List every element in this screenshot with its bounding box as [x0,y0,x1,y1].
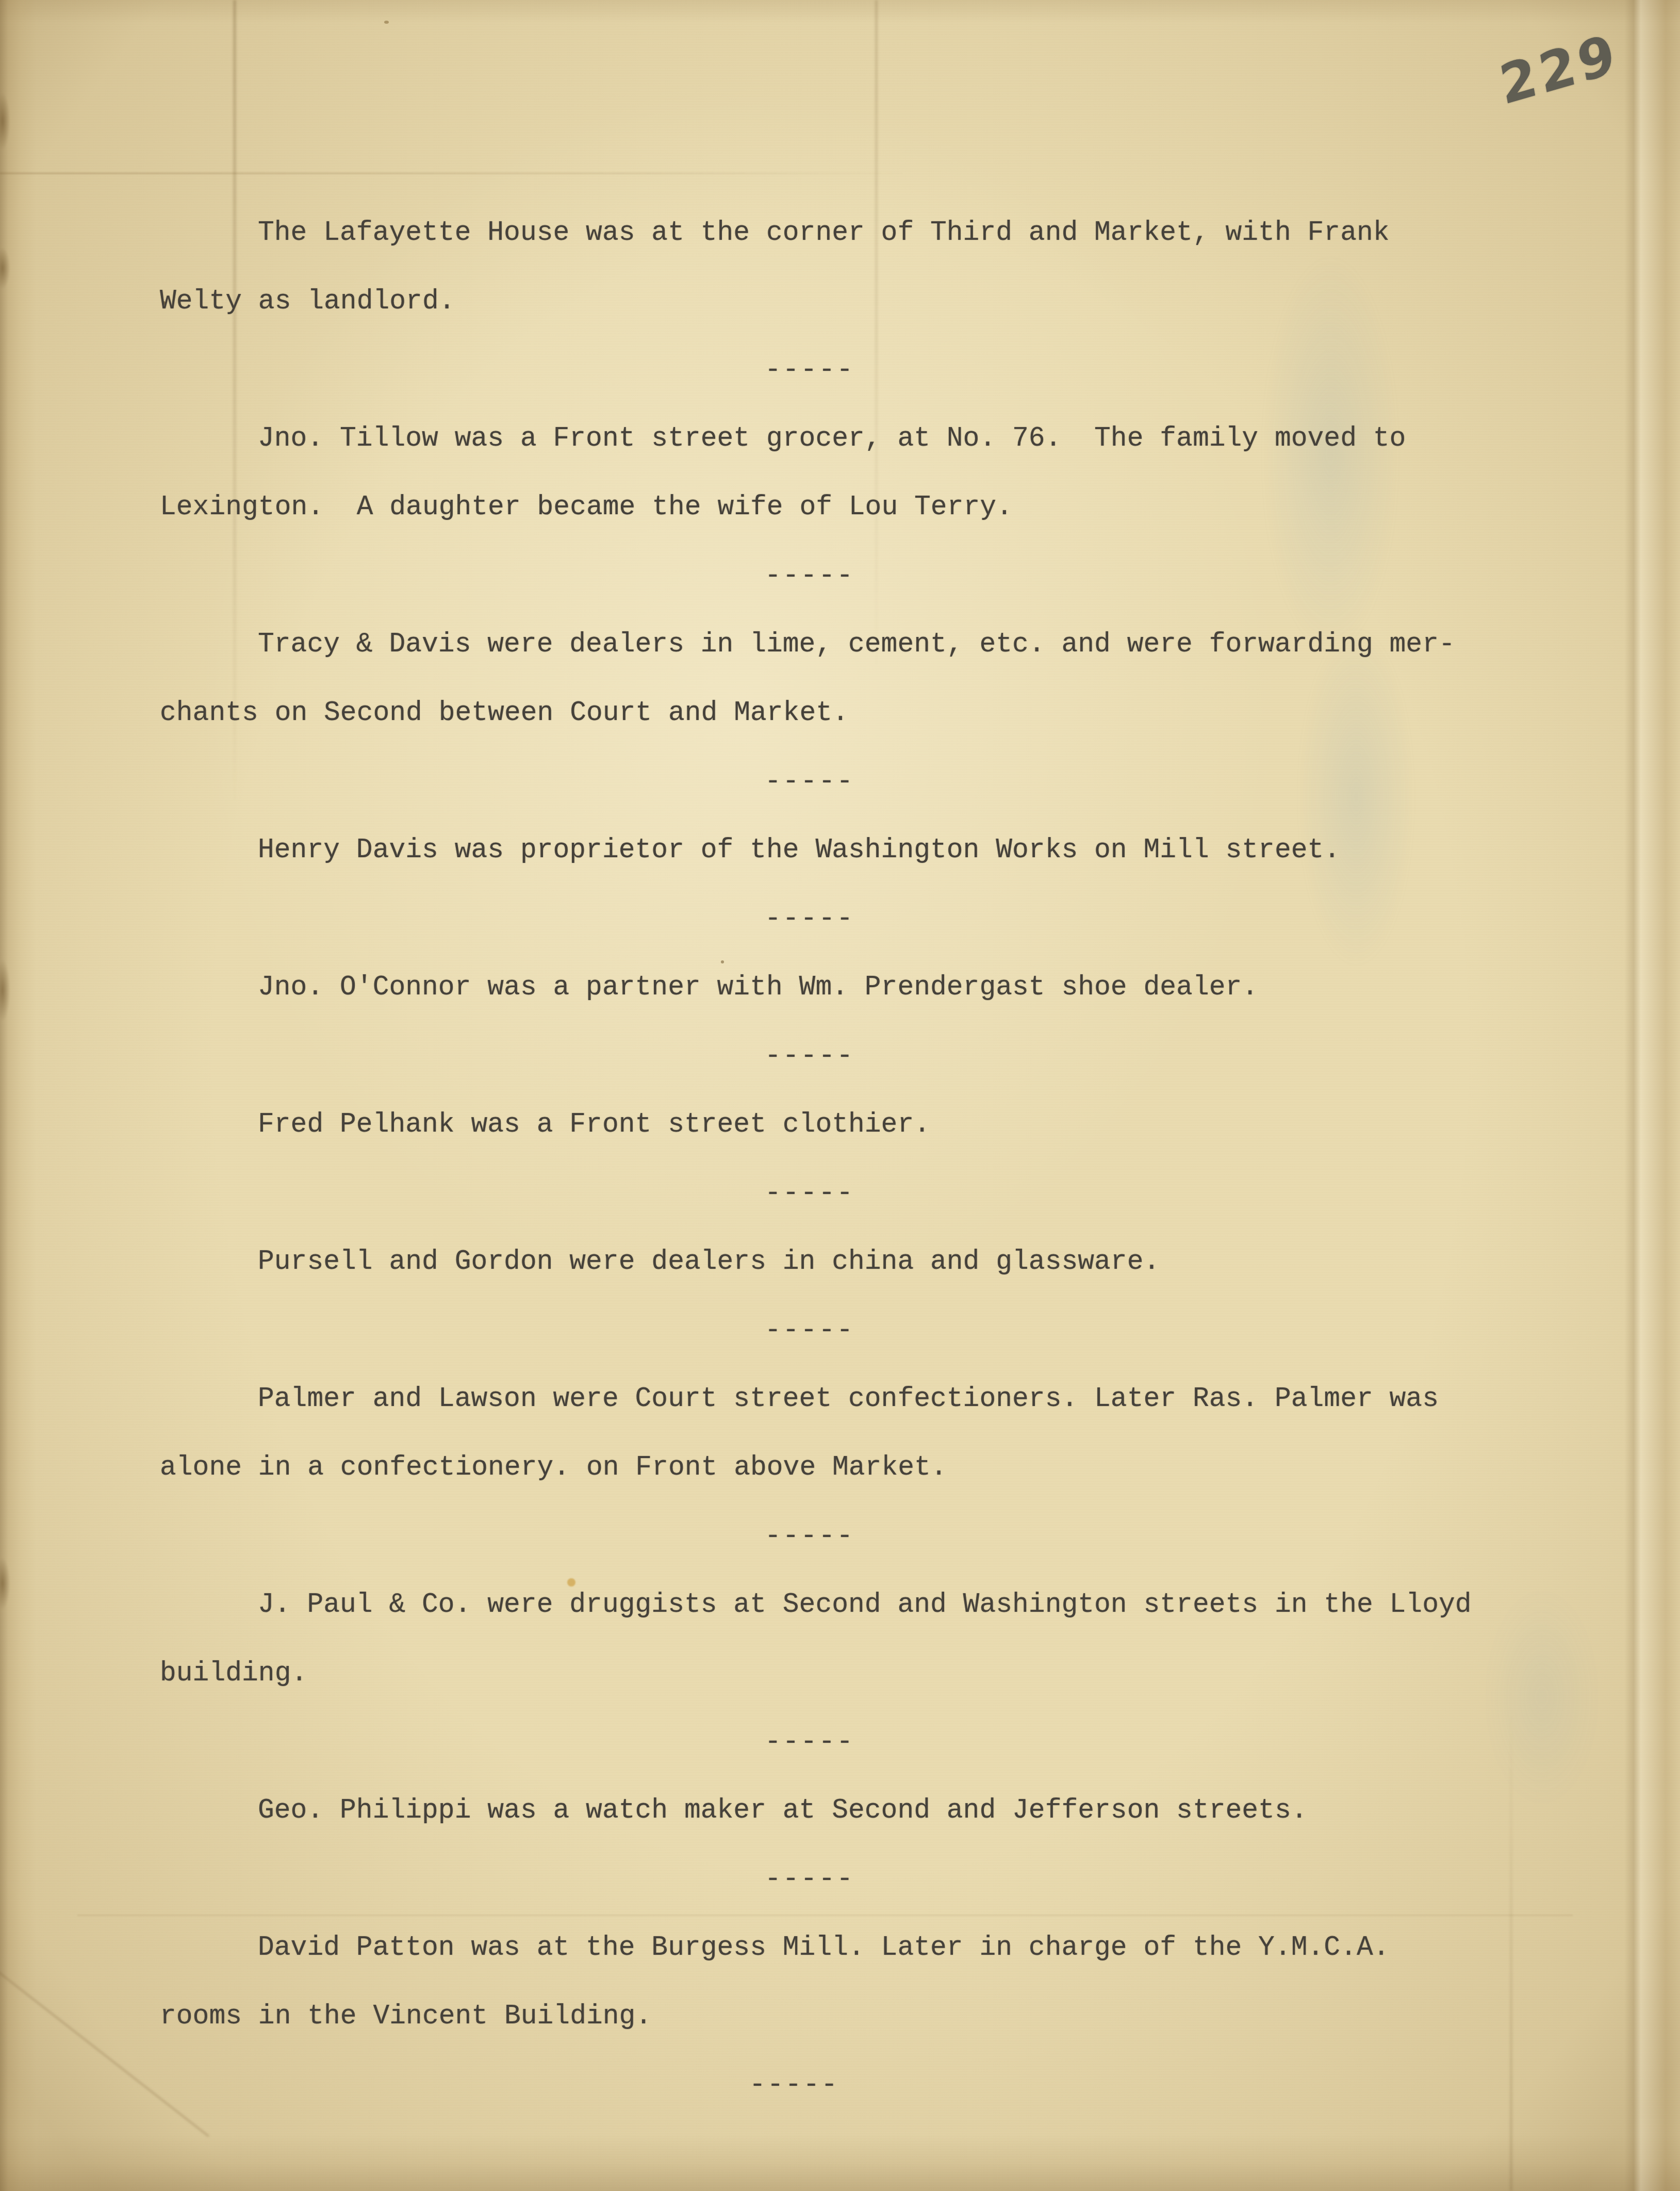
paragraph-line: Jno. Tillow was a Front street grocer, a… [160,404,1459,473]
paragraph-line: Palmer and Lawson were Court street conf… [160,1365,1459,1433]
paragraph-tracy-davis: Tracy & Davis were dealers in lime, ceme… [160,610,1459,747]
paragraph-line: The Lafayette House was at the corner of… [160,199,1459,267]
paper-crease-vertical-bottom-right [1510,1712,1512,2191]
separator-dashes: ----- [160,1159,1459,1228]
paragraph-oconnor-prendergast: Jno. O'Connor was a partner with Wm. Pre… [160,953,1459,1022]
paragraph-line: J. Paul & Co. were druggists at Second a… [160,1571,1459,1639]
paragraph-lafayette-house: The Lafayette House was at the corner of… [160,199,1459,336]
paragraph-line: Henry Davis was proprietor of the Washin… [160,816,1459,885]
separator-dashes: ----- [144,2051,1444,2119]
separator-dashes: ----- [160,1845,1459,1914]
paragraph-line: alone in a confectionery. on Front above… [160,1433,1459,1502]
paragraph-line: David Patton was at the Burgess Mill. La… [160,1914,1459,1982]
paragraph-line: building. [160,1639,1459,1708]
paper-tear-notch [0,959,10,1021]
paragraph-david-patton: David Patton was at the Burgess Mill. La… [160,1914,1459,2051]
paragraph-tillow-grocer: Jno. Tillow was a Front street grocer, a… [160,404,1459,542]
typed-text-column: The Lafayette House was at the corner of… [160,199,1459,2119]
paragraph-line: Jno. O'Connor was a partner with Wm. Pre… [160,953,1459,1022]
document-page: 229 The Lafayette House was at the corne… [0,0,1680,2191]
paragraph-henry-davis: Henry Davis was proprietor of the Washin… [160,816,1459,885]
paragraph-pursell-gordon: Pursell and Gordon were dealers in china… [160,1228,1459,1296]
ink-bleedthrough-smudge [1485,1589,1599,1805]
paragraph-line: rooms in the Vincent Building. [160,1982,1459,2051]
paper-tear-notch [0,248,10,289]
paragraph-geo-philippi: Geo. Philippi was a watch maker at Secon… [160,1776,1459,1845]
separator-dashes: ----- [160,1502,1459,1571]
separator-dashes: ----- [160,336,1459,404]
paragraph-palmer-lawson: Palmer and Lawson were Court street conf… [160,1365,1459,1502]
separator-dashes: ----- [160,885,1459,953]
separator-dashes: ----- [160,542,1459,610]
separator-dashes: ----- [160,1296,1459,1365]
paragraph-line: Welty as landlord. [160,267,1459,336]
paragraph-line: Lexington. A daughter became the wife of… [160,473,1459,542]
separator-dashes: ----- [160,1708,1459,1776]
separator-dashes: ----- [160,1022,1459,1090]
paragraph-line: Fred Pelhank was a Front street clothier… [160,1090,1459,1159]
paragraph-fred-pelhank: Fred Pelhank was a Front street clothier… [160,1090,1459,1159]
paper-tear-notch [0,1558,10,1609]
separator-dashes: ----- [160,747,1459,816]
page-number-handwritten: 229 [1495,18,1635,117]
paragraph-j-paul-druggists: J. Paul & Co. were druggists at Second a… [160,1571,1459,1708]
paper-speck [384,21,389,24]
paragraph-line: chants on Second between Court and Marke… [160,679,1459,747]
paragraph-line: Tracy & Davis were dealers in lime, ceme… [160,610,1459,679]
paper-tear-notch [0,93,10,150]
paper-crease-horizontal-top [0,172,908,174]
paragraph-line: Pursell and Gordon were dealers in china… [160,1228,1459,1296]
paragraph-line: Geo. Philippi was a watch maker at Secon… [160,1776,1459,1845]
